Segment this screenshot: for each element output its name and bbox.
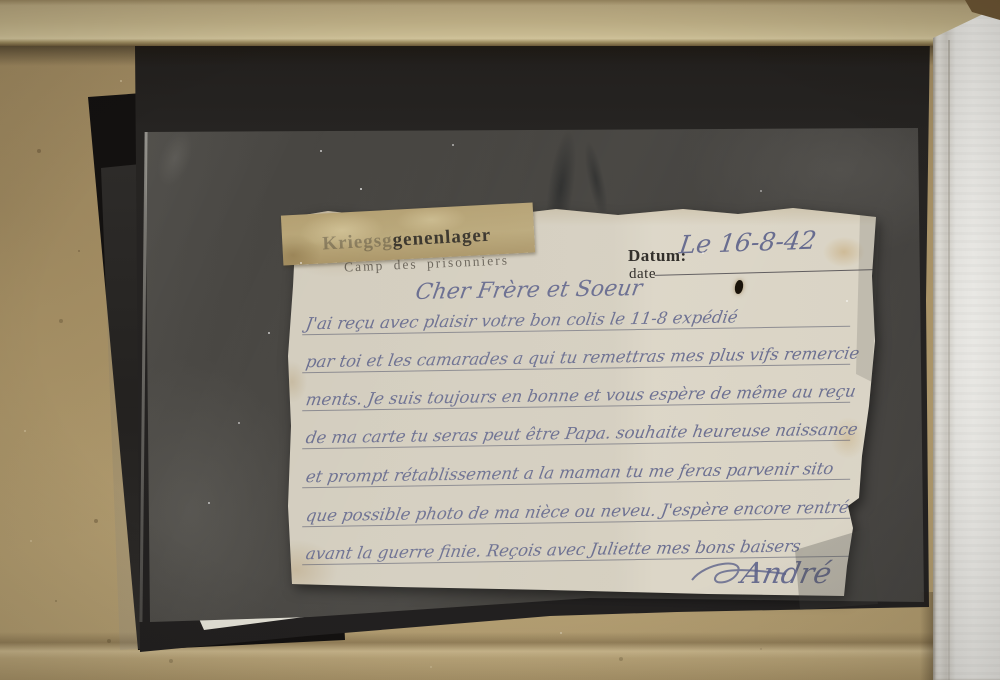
handwritten-line: par toi et les camarades a qui tu remett… xyxy=(302,340,850,374)
signature-block: André xyxy=(686,550,871,602)
white-corrugated-board xyxy=(933,0,1000,680)
box-top-rim xyxy=(0,0,1000,46)
handwritten-line: que possible photo de ma nièce ou neveu.… xyxy=(302,494,850,528)
line-text: et prompt rétablissement a la maman tu m… xyxy=(305,459,835,486)
handwritten-date: Le 16-8-42 xyxy=(678,226,819,260)
stamp-fragment-clear: genenlager xyxy=(392,225,492,251)
box-rim-shadow xyxy=(0,46,1000,66)
signature-text: André xyxy=(738,556,834,590)
line-text: ments. Je suis toujours en bonne et vous… xyxy=(305,382,858,410)
handwritten-line: et prompt rétablissement a la maman tu m… xyxy=(302,455,850,489)
salutation: Cher Frère et Soeur xyxy=(414,276,644,305)
burn-hole xyxy=(734,280,744,295)
postcard-wrapper: Camp des prisonniers Datum: date Le 16-8… xyxy=(288,206,878,602)
stamp-fragment-faded: Kriegsg xyxy=(322,230,393,255)
handwritten-line: J'ai reçu avec plaisir votre bon colis l… xyxy=(302,302,850,336)
line-text: par toi et les camarades a qui tu remett… xyxy=(305,344,861,372)
line-text: J'ai reçu avec plaisir votre bon colis l… xyxy=(305,307,740,333)
line-text: de ma carte tu seras peut être Papa. sou… xyxy=(305,420,860,448)
pow-postcard: Camp des prisonniers Datum: date Le 16-8… xyxy=(288,206,878,602)
kriegsgefangenenlager-stamp: Kriegsggenenlager xyxy=(322,225,492,256)
handwritten-line: ments. Je suis toujours en bonne et vous… xyxy=(302,378,850,412)
handwritten-line: de ma carte tu seras peut être Papa. sou… xyxy=(302,416,850,450)
photo-archive-box-scene: Camp des prisonniers Datum: date Le 16-8… xyxy=(0,0,1000,680)
line-text: que possible photo de ma nièce ou neveu.… xyxy=(305,498,851,526)
board-crease-line xyxy=(948,40,950,680)
